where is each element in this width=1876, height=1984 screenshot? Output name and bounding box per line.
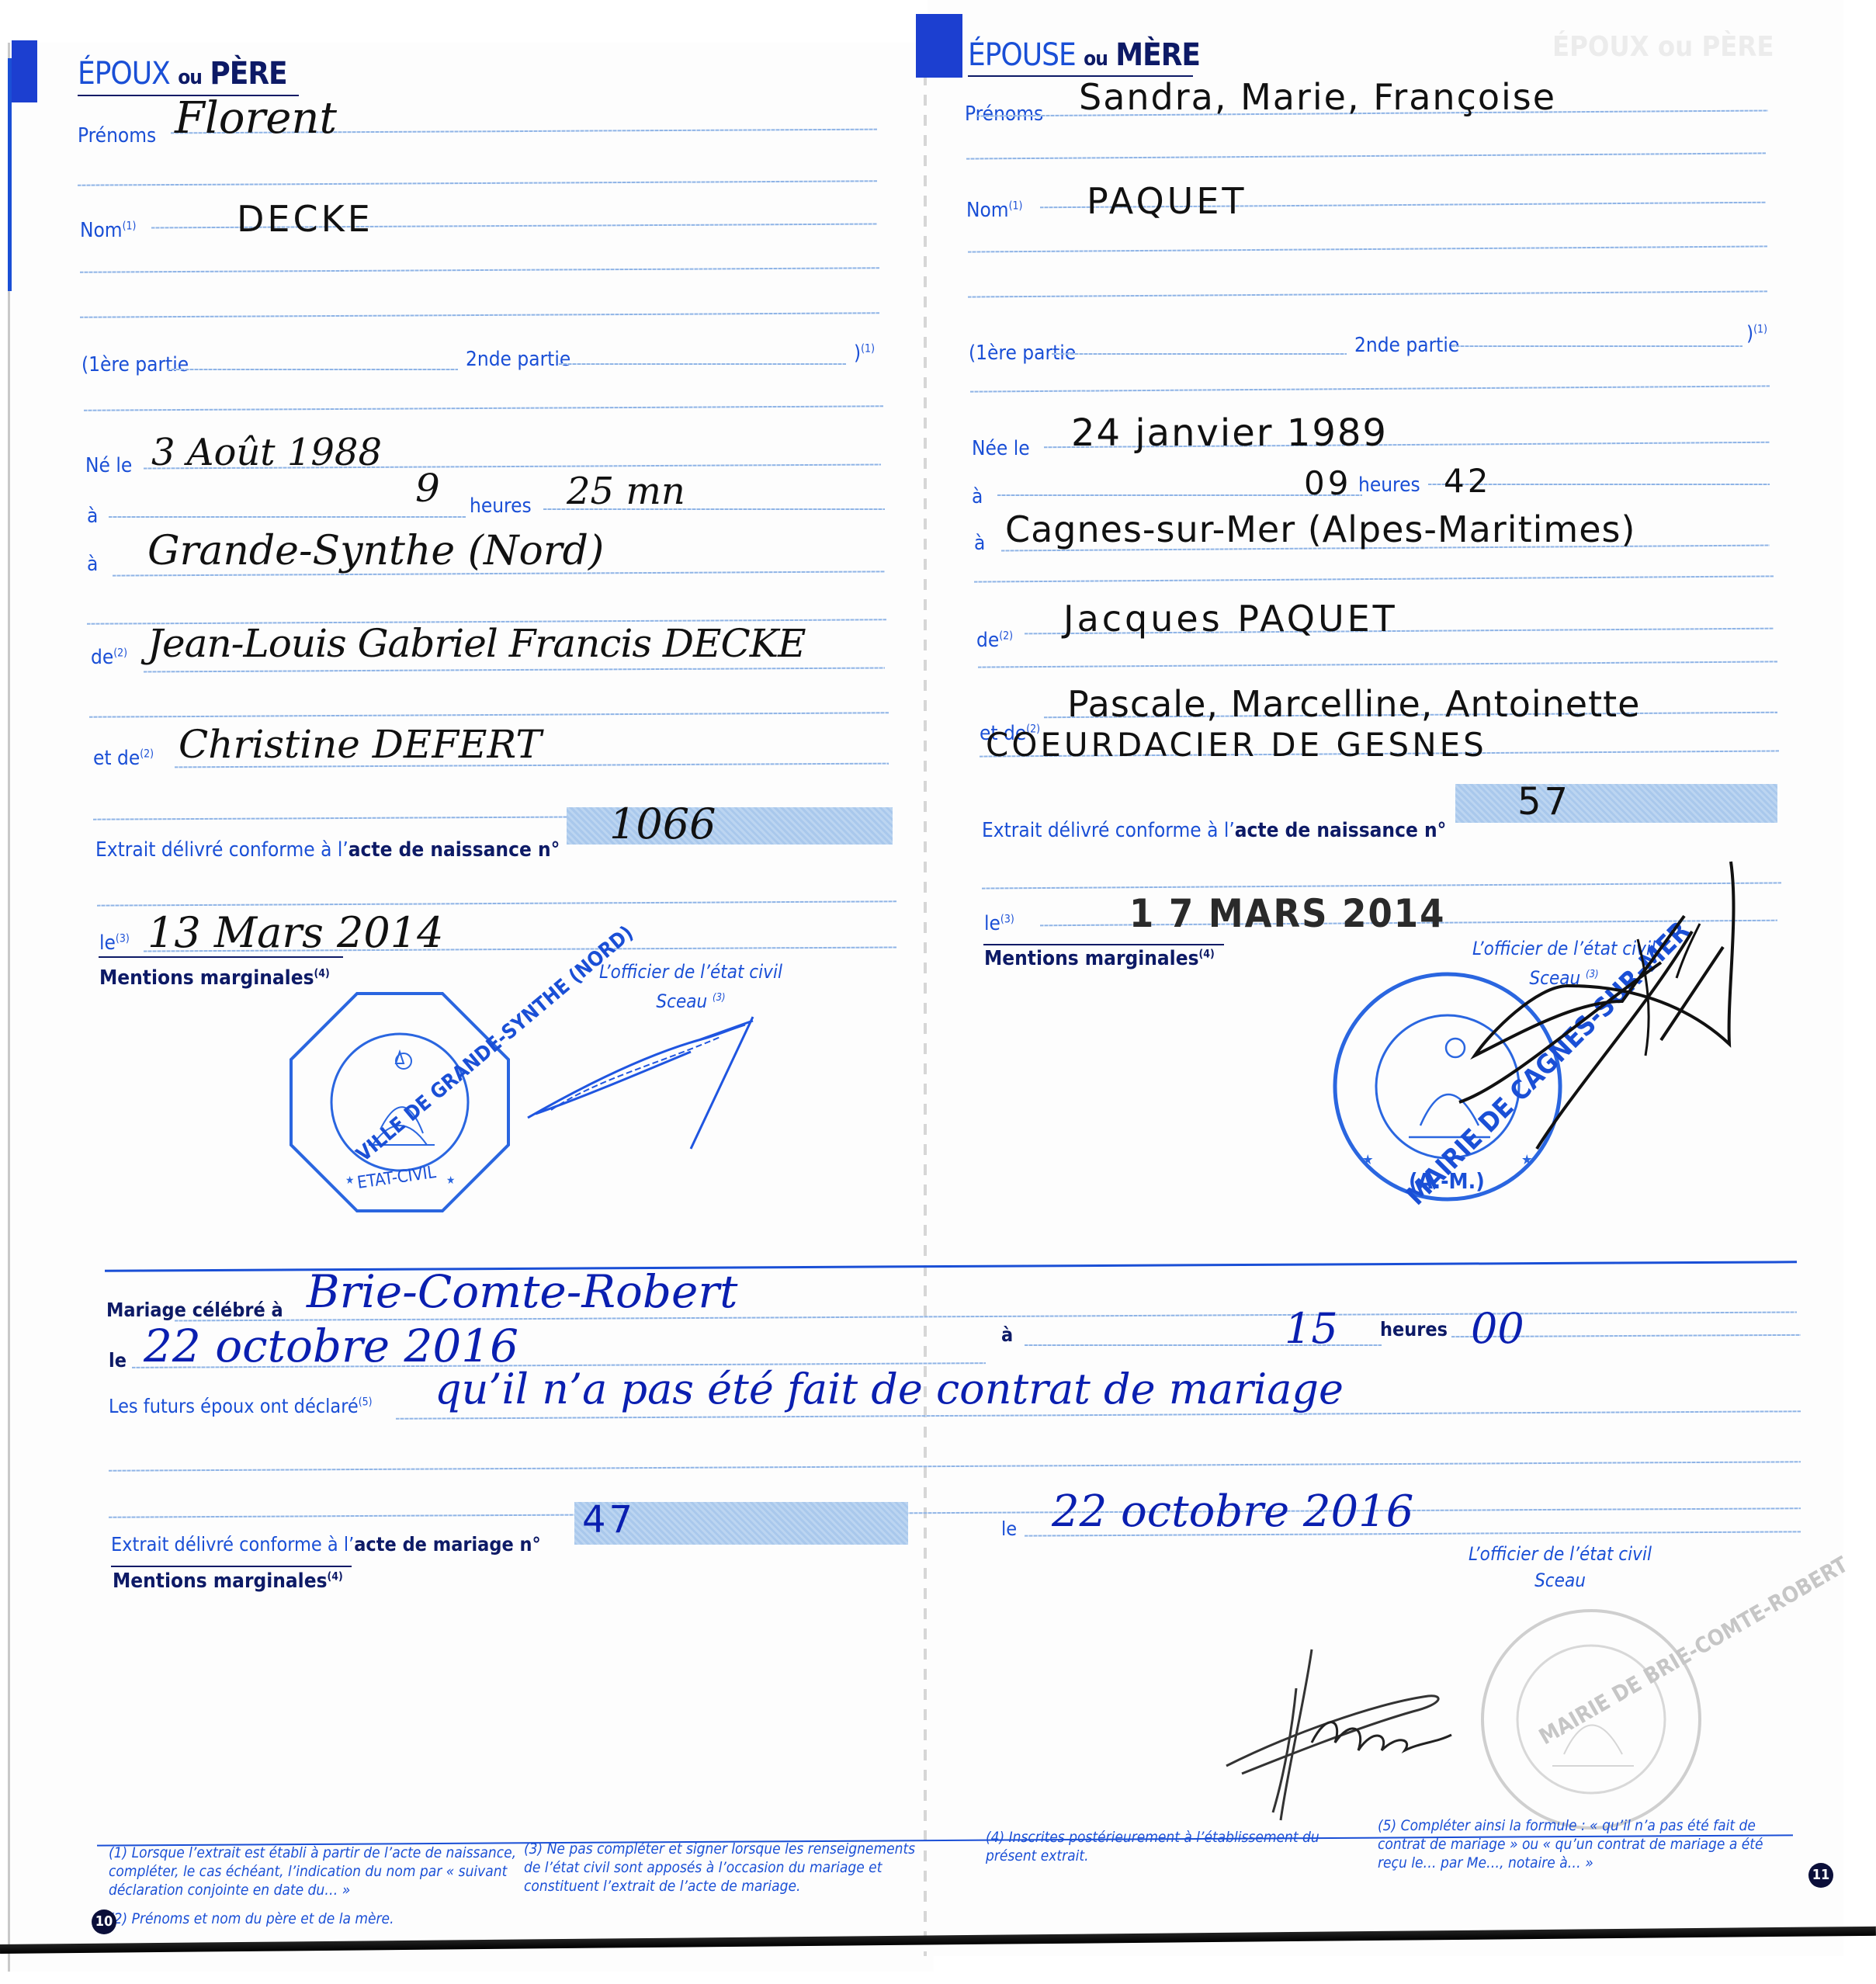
epouse-pere[interactable]: Jacques PAQUET [1063, 598, 1398, 640]
heading-epouse: ÉPOUSE ou MÈRE [968, 37, 1200, 73]
label-nom: Nom(1) [966, 199, 1022, 222]
ghost-bleed-heading: ÉPOUX ou PÈRE [1552, 31, 1774, 63]
heading-block-epoux [12, 40, 37, 102]
epoux-prenoms[interactable]: Florent [175, 93, 337, 144]
epouse-acte-naissance-no[interactable]: 57 [1517, 780, 1571, 824]
epouse-lieu[interactable]: Cagnes-sur-Mer (Alpes-Maritimes) [1005, 508, 1635, 550]
footnote-1: (1) Lorsque l’extrait est établi à parti… [109, 1844, 543, 1899]
epoux-pere[interactable]: Jean-Louis Gabriel Francis DECKE [147, 621, 806, 666]
label-heures: heures [1358, 473, 1420, 497]
mariage-lieu[interactable]: Brie-Comte-Robert [307, 1265, 737, 1318]
label-mariage-le: le [109, 1349, 127, 1372]
label-mariage-mentions: Mentions marginales(4) [113, 1570, 343, 1593]
label-seconde-partie: 2nde partie [466, 348, 570, 371]
label-le: le(3) [984, 912, 1014, 935]
signature-cagnes-sur-mer [1459, 854, 1785, 1180]
epouse-mere-line2[interactable]: COEURDACIER DE GESNES [986, 726, 1487, 764]
epouse-prenoms[interactable]: Sandra, Marie, Françoise [1079, 76, 1556, 118]
label-le: le(3) [99, 931, 130, 955]
label-close-paren: )(1) [854, 342, 875, 365]
label-extrait-le: le [1001, 1517, 1017, 1540]
mariage-acte-no[interactable]: 47 [582, 1498, 636, 1542]
officier-label: L’officier de l’état civil [1444, 1541, 1677, 1567]
label-mentions-marginales: Mentions marginales(4) [984, 947, 1215, 970]
label-futurs-epoux: Les futurs époux ont déclaré(5) [109, 1395, 373, 1417]
label-premiere-partie: (1ère partie [81, 353, 189, 376]
epoux-ne-le[interactable]: 3 Août 1988 [151, 431, 382, 474]
heading-block-epouse [916, 14, 962, 78]
label-close-paren: )(1) [1746, 322, 1767, 345]
footnote-4: (4) Inscrites postérieurement à l’établi… [986, 1828, 1358, 1865]
line-seconde-partie [1451, 345, 1742, 347]
mariage-minutes[interactable]: 00 [1471, 1304, 1524, 1353]
page-number-left: 10 [92, 1909, 116, 1934]
svg-text:★: ★ [345, 1174, 354, 1187]
page-gutter [924, 54, 927, 1956]
line-a-heure [109, 516, 466, 518]
heading-alt: MÈRE [1115, 37, 1200, 73]
epoux-mere[interactable]: Christine DEFERT [179, 722, 542, 767]
footnote-5: (5) Compléter ainsi la formule : « qu’il… [1378, 1816, 1766, 1872]
footnote-3: (3) Ne pas compléter et signer lorsque l… [524, 1840, 928, 1896]
epoux-date-extrait[interactable]: 13 Mars 2014 [147, 908, 443, 957]
heading-main: ÉPOUX [78, 56, 170, 92]
label-de: de(2) [91, 646, 127, 669]
label-prenoms: Prénoms [78, 124, 156, 147]
epoux-heure[interactable]: 9 [415, 466, 440, 511]
epoux-acte-naissance-no[interactable]: 1066 [609, 799, 716, 848]
epouse-mere-line1[interactable]: Pascale, Marcelline, Antoinette [1067, 683, 1640, 725]
footnote-2: (2) Prénoms et nom du père et de la mère… [109, 1909, 543, 1928]
label-mariage-a: à [1001, 1323, 1013, 1346]
sceau-label: Sceau [1444, 1567, 1677, 1594]
label-extrait-naissance: Extrait délivré conforme à l’acte de nai… [95, 838, 560, 862]
label-a-lieu: à [974, 532, 985, 555]
epouse-date-extrait-stamp[interactable]: 1 7 MARS 2014 [1129, 891, 1445, 936]
line-premiere-partie [167, 369, 458, 370]
signature-brie-comte-robert [1219, 1642, 1514, 1828]
highlight-acte-naissance [1455, 784, 1777, 823]
mentions-rule [111, 1566, 352, 1567]
heading-main: ÉPOUSE [968, 37, 1076, 73]
heading-ou: ou [178, 66, 202, 89]
label-prenoms: Prénoms [965, 102, 1043, 126]
svg-text:★: ★ [1362, 1152, 1374, 1168]
label-mariage-heures: heures [1380, 1318, 1448, 1341]
mariage-date-extrait[interactable]: 22 octobre 2016 [1052, 1486, 1413, 1537]
epouse-minutes[interactable]: 42 [1444, 462, 1491, 500]
line-seconde-partie [559, 363, 846, 365]
heading-ou: ou [1084, 47, 1108, 71]
label-mentions-marginales: Mentions marginales(4) [99, 966, 330, 990]
line-premiere-partie [1052, 353, 1347, 355]
page-number-right: 11 [1808, 1863, 1833, 1888]
label-a: à [972, 485, 983, 508]
label-extrait-naissance: Extrait délivré conforme à l’acte de nai… [982, 819, 1446, 842]
label-seconde-partie: 2nde partie [1354, 334, 1459, 357]
epoux-minutes[interactable]: 25 mn [567, 470, 685, 513]
signature-grande-synthe [520, 1009, 784, 1164]
mariage-heure[interactable]: 15 [1285, 1304, 1338, 1353]
label-heures: heures [470, 494, 532, 518]
svg-text:★: ★ [446, 1174, 455, 1187]
label-ne-le: Né le [85, 454, 132, 477]
heading-alt: PÈRE [210, 56, 286, 92]
mentions-rule [99, 956, 343, 958]
epouse-nom[interactable]: PAQUET [1087, 180, 1247, 222]
label-nom: Nom(1) [80, 219, 136, 242]
label-nee-le: Née le [972, 437, 1030, 460]
label-extrait-mariage: Extrait délivré conforme à l’acte de mar… [111, 1533, 541, 1556]
label-de: de(2) [976, 629, 1013, 652]
mariage-declaration[interactable]: qu’il n’a pas été fait de contrat de mar… [435, 1365, 1344, 1413]
epouse-nee-le[interactable]: 24 janvier 1989 [1071, 411, 1388, 455]
epoux-nom[interactable]: DECKE [237, 198, 373, 240]
label-a: à [87, 505, 98, 528]
epoux-lieu[interactable]: Grande-Synthe (Nord) [147, 528, 604, 574]
mentions-rule [983, 944, 1224, 945]
label-a-lieu: à [87, 553, 98, 576]
officier-block: L’officier de l’état civil Sceau [1444, 1541, 1677, 1594]
epouse-heure[interactable]: 09 [1304, 464, 1351, 502]
label-et-de: et de(2) [93, 747, 154, 770]
label-mariage-celebre: Mariage célébré à [106, 1299, 283, 1321]
heading-epoux: ÉPOUX ou PÈRE [78, 56, 287, 92]
